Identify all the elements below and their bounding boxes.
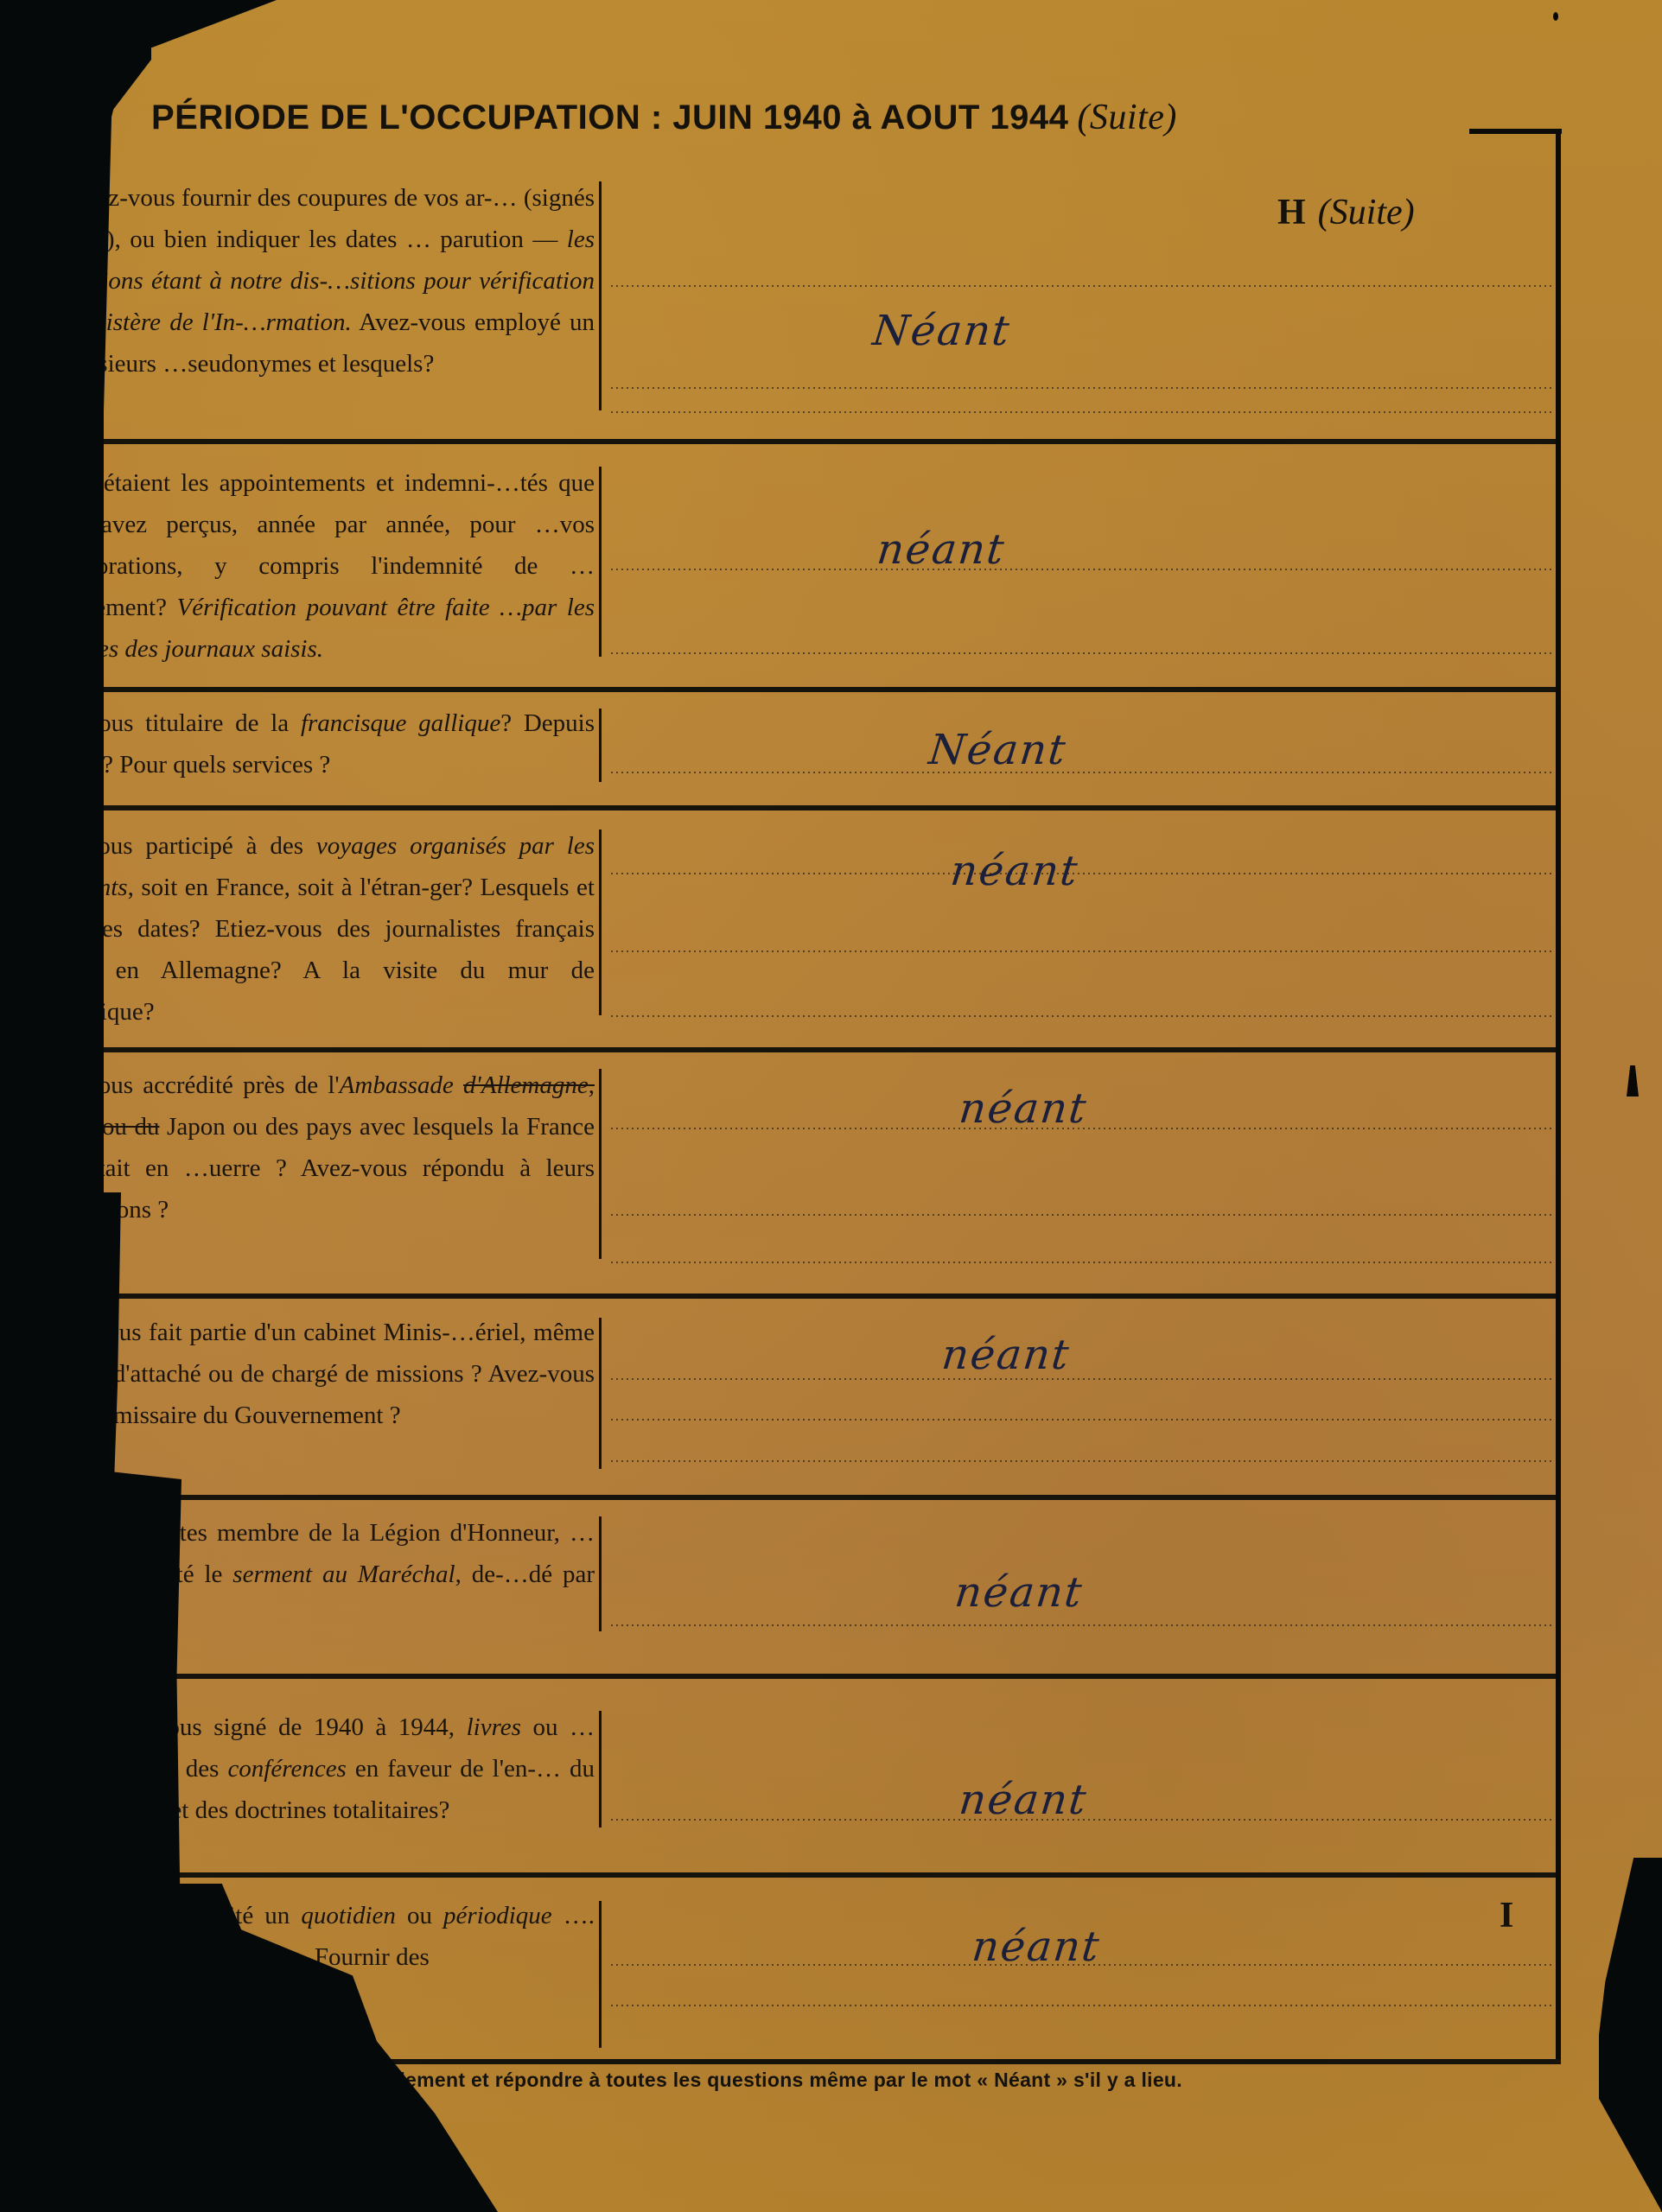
handwritten-answer: néant: [939, 1331, 1073, 1379]
row-separator: [104, 1674, 1556, 1679]
row-separator: [104, 439, 1556, 444]
frame-right-border: [1556, 129, 1561, 2061]
column-divider: [599, 1318, 602, 1469]
answer-line[interactable]: [609, 411, 1551, 413]
column-divider: [599, 1516, 602, 1631]
answer-line[interactable]: [609, 873, 1551, 874]
column-divider: [599, 709, 602, 782]
answer-line[interactable]: [609, 1214, 1551, 1216]
section-h-label: H(Suite): [1277, 192, 1415, 233]
handwritten-answer: néant: [957, 1776, 1090, 1824]
answer-line[interactable]: [609, 1624, 1551, 1626]
answer-line[interactable]: [609, 2005, 1551, 2006]
row-separator: [104, 1872, 1556, 1878]
answer-line[interactable]: [609, 1015, 1551, 1017]
question-text: Avez-vous fait partie d'un cabinet Minis…: [35, 1312, 595, 1436]
handwritten-answer: néant: [875, 525, 1008, 574]
handwritten-answer: néant: [948, 847, 1081, 895]
answer-line[interactable]: [609, 772, 1551, 773]
frame-top-border: [1469, 129, 1562, 134]
footer-instruction: …iblement et répondre à toutes les quest…: [361, 2069, 1182, 2092]
answer-line[interactable]: [609, 569, 1551, 570]
handwritten-answer: Néant: [870, 307, 1013, 355]
answer-line[interactable]: [609, 950, 1551, 952]
column-divider: [599, 467, 602, 657]
answer-line[interactable]: [609, 285, 1551, 287]
page-title: PÉRIODE DE L'OCCUPATION : JUIN 1940 à AO…: [151, 97, 1177, 138]
handwritten-answer: néant: [952, 1568, 1086, 1617]
answer-line[interactable]: [609, 1419, 1551, 1421]
row-separator: [104, 805, 1556, 810]
row-separator: [104, 1495, 1556, 1500]
question-text: Etes-vous titulaire de la francisque gal…: [35, 702, 595, 785]
answer-line[interactable]: [609, 1262, 1551, 1263]
column-divider: [599, 1711, 602, 1827]
handwritten-answer: néant: [970, 1923, 1103, 1971]
answer-line[interactable]: [609, 1378, 1551, 1380]
question-text: …ouvez-vous fournir des coupures de vos …: [35, 177, 595, 385]
answer-line[interactable]: [609, 652, 1551, 654]
section-i-label: I: [1500, 1895, 1513, 1936]
row-separator: [104, 687, 1556, 692]
title-text: PÉRIODE DE L'OCCUPATION : JUIN 1940 à AO…: [151, 99, 1068, 137]
handwritten-answer: néant: [957, 1084, 1090, 1133]
ink-speck: [1553, 12, 1558, 21]
column-divider: [599, 1901, 602, 2048]
column-divider: [599, 181, 602, 410]
question-text: Avez-vous participé à des voyages organi…: [26, 825, 595, 1033]
row-separator: [104, 1047, 1556, 1052]
question-text: Quels étaient les appointements et indem…: [35, 462, 595, 670]
row-separator: [104, 1294, 1556, 1299]
answer-line[interactable]: [609, 387, 1551, 389]
column-divider: [599, 1069, 602, 1259]
title-suffix: (Suite): [1077, 98, 1176, 137]
answer-line[interactable]: [609, 1460, 1551, 1462]
column-divider: [599, 829, 602, 1015]
handwritten-answer: Néant: [927, 726, 1069, 774]
